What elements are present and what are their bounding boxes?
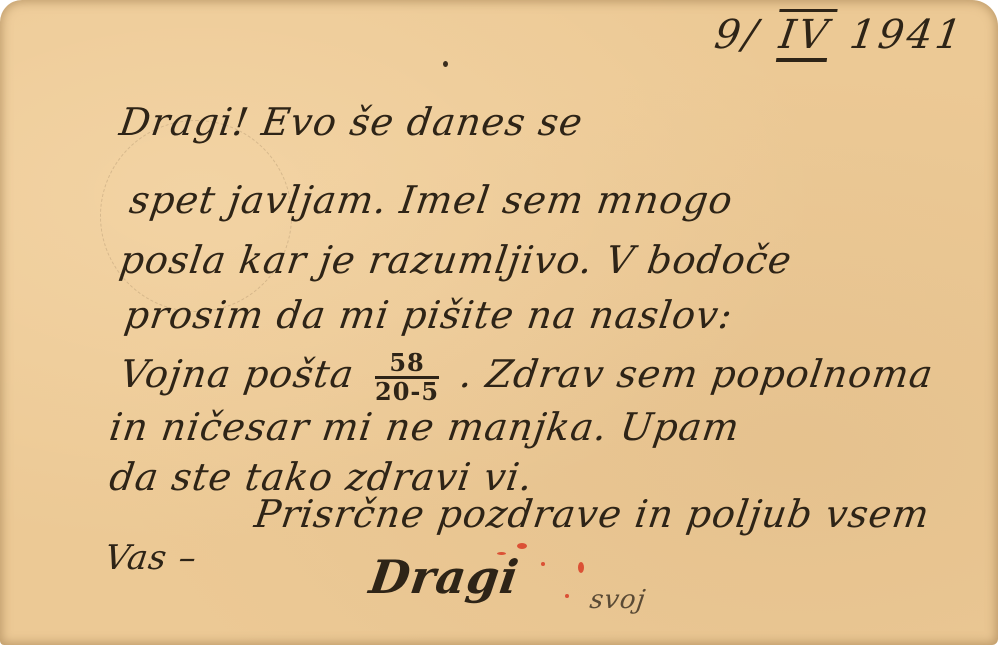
text-line-4: prosim da mi pišite na naslov: bbox=[122, 293, 736, 337]
post-number-denominator: 20-5 bbox=[375, 379, 439, 405]
date-year: 1941 bbox=[847, 12, 967, 58]
red-ink-spot bbox=[541, 562, 545, 566]
military-post-label: Vojna pošta bbox=[117, 352, 357, 396]
text-line-2: spet javljam. Imel sem mnogo bbox=[127, 178, 736, 222]
signature-closing: svoj bbox=[588, 585, 648, 615]
text-line-6: in ničesar mi ne manjka. Upam bbox=[107, 405, 743, 449]
postcard: 9/ IV 1941 Dragi! Evo še danes se spet j… bbox=[0, 0, 998, 645]
ink-dot bbox=[443, 61, 448, 67]
red-ink-spot bbox=[565, 594, 569, 598]
date-month: IV bbox=[772, 9, 838, 58]
text-line-1: Dragi! Evo še danes se bbox=[117, 100, 586, 144]
red-ink-spot bbox=[497, 552, 506, 555]
red-ink-spot bbox=[578, 562, 584, 573]
text-line-3: posla kar je razumljivo. V bodoče bbox=[117, 238, 795, 282]
post-number-numerator: 58 bbox=[375, 350, 439, 379]
red-ink-spot bbox=[517, 543, 527, 549]
health-statement: . Zdrav sem popolnoma bbox=[457, 352, 936, 396]
greeting-line: Prisrčne pozdrave in poljub vsem bbox=[252, 492, 933, 536]
text-line-5-military-post: Vojna pošta 58 20-5 . Zdrav sem popolnom… bbox=[116, 350, 936, 405]
signature: Dragi bbox=[366, 550, 522, 604]
military-post-number: 58 20-5 bbox=[375, 350, 439, 405]
date: 9/ IV 1941 bbox=[712, 12, 967, 58]
greeting-vas: Vas – bbox=[102, 538, 200, 578]
date-day: 9/ bbox=[712, 12, 763, 58]
